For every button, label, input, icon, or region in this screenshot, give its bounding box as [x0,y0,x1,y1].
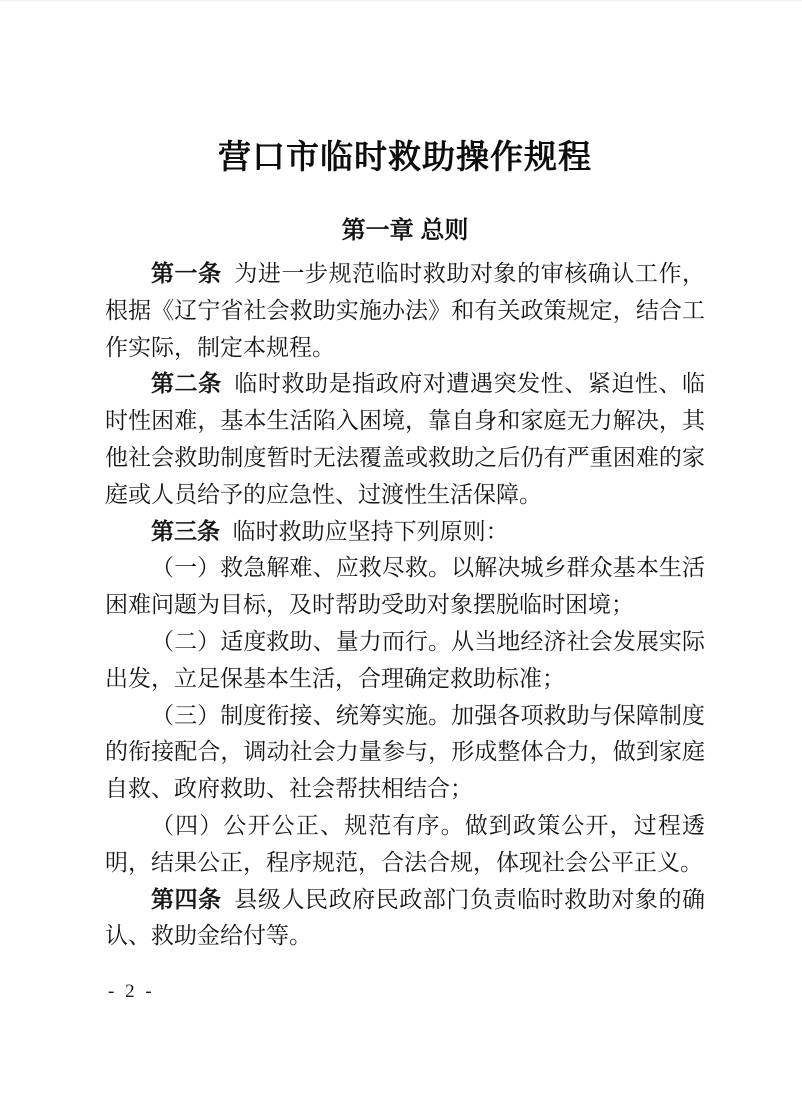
document-content: 营口市临时救助操作规程 第一章 总则 第一条为进一步规范临时救助对象的审核确认工… [105,0,705,955]
paragraph: （一）救急解难、应救尽救。以解决城乡群众基本生活困难问题为目标，及时帮助受助对象… [105,550,705,624]
article-number-label: 第一条 [151,261,222,286]
paragraph-text: （四）公开公正、规范有序。做到政策公开，过程透明，结果公正，程序规范，合法合规，… [105,813,705,875]
paragraph-text: 临时救助应坚持下列原则： [233,519,509,544]
document-body: 第一条为进一步规范临时救助对象的审核确认工作，根据《辽宁省社会救助实施办法》和有… [105,256,705,955]
paragraph-text: （一）救急解难、应救尽救。以解决城乡群众基本生活困难问题为目标，及时帮助受助对象… [105,555,705,617]
paragraph-text: （三）制度衔接、统筹实施。加强各项救助与保障制度的衔接配合，调动社会力量参与，形… [105,703,705,802]
page-number: - 2 - [108,981,155,1003]
scanned-document-page: { "document": { "title": "营口市临时救助操作规程", … [0,0,802,1101]
paragraph-text: （二）适度救助、量力而行。从当地经济社会发展实际出发，立足保基本生活，合理确定救… [105,629,705,691]
document-title: 营口市临时救助操作规程 [105,138,705,176]
paragraph: （四）公开公正、规范有序。做到政策公开，过程透明，结果公正，程序规范，合法合规，… [105,808,705,882]
article-number-label: 第二条 [151,371,222,396]
paragraph: 第四条县级人民政府民政部门负责临时救助对象的确认、救助金给付等。 [105,882,705,956]
paragraph: （三）制度衔接、统筹实施。加强各项救助与保障制度的衔接配合，调动社会力量参与，形… [105,698,705,808]
article-number-label: 第三条 [151,519,220,544]
paragraph: 第三条临时救助应坚持下列原则： [105,514,705,551]
paragraph: 第一条为进一步规范临时救助对象的审核确认工作，根据《辽宁省社会救助实施办法》和有… [105,256,705,366]
paragraph: （二）适度救助、量力而行。从当地经济社会发展实际出发，立足保基本生活，合理确定救… [105,624,705,698]
paragraph: 第二条临时救助是指政府对遭遇突发性、紧迫性、临时性困难，基本生活陷入困境，靠自身… [105,366,705,513]
article-number-label: 第四条 [151,887,222,912]
chapter-heading: 第一章 总则 [105,216,705,246]
